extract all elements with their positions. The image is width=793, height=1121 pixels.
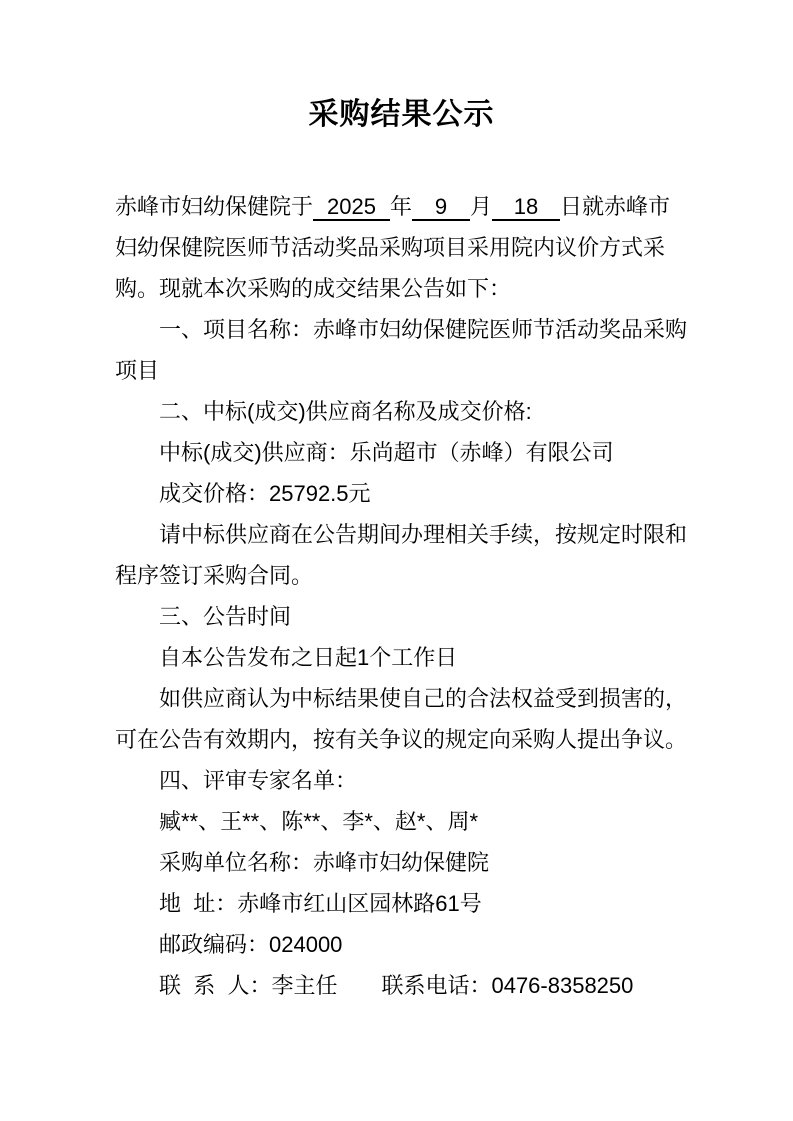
expert-names-text: 臧**、王**、陈**、李*、赵*、周* [159,809,478,834]
date-year-value: 2025 [313,195,390,221]
winner-heading-text: 二、中标(成交)供应商名称及成交价格: [159,399,532,424]
winning-supplier-paragraph: 中标(成交)供应商：乐尚超市（赤峰）有限公司 [115,432,688,473]
project-name-paragraph: 一、项目名称：赤峰市妇幼保健院医师节活动奖品采购项目 [115,309,688,391]
announcement-time-heading-text: 三、公告时间 [159,604,291,629]
document-title: 采购结果公示 [115,94,688,136]
expert-list-heading-text: 四、评审专家名单： [159,768,357,793]
intro-paragraph: 赤峰市妇幼保健院于2025年9月18日就赤峰市妇幼保健院医师节活动奖品采购项目采… [115,186,688,309]
purchaser-name-text: 采购单位名称：赤峰市妇幼保健院 [159,850,489,875]
deal-price-paragraph: 成交价格：25792.5元 [115,473,688,514]
announcement-time-heading-paragraph: 三、公告时间 [115,596,688,637]
date-month-value: 9 [412,195,470,221]
expert-list-heading-paragraph: 四、评审专家名单： [115,760,688,801]
contact-phone-text: 联系电话：0476-8358250 [381,973,633,998]
month-label: 月 [470,194,492,219]
intro-lead-text: 赤峰市妇幼保健院于 [115,194,313,219]
document-page: 采购结果公示 赤峰市妇幼保健院于2025年9月18日就赤峰市妇幼保健院医师节活动… [0,0,793,1121]
contact-person-text: 联 系 人：李主任 [159,973,337,998]
contract-notice-text: 请中标供应商在公告期间办理相关手续，按规定时限和程序签订采购合同。 [115,522,687,588]
contact-gap [337,973,381,998]
expert-names-paragraph: 臧**、王**、陈**、李*、赵*、周* [115,801,688,842]
winner-heading-paragraph: 二、中标(成交)供应商名称及成交价格: [115,391,688,432]
address-text: 地 址：赤峰市红山区园林路61号 [159,891,482,916]
document-body: 赤峰市妇幼保健院于2025年9月18日就赤峰市妇幼保健院医师节活动奖品采购项目采… [115,186,793,1006]
contract-notice-paragraph: 请中标供应商在公告期间办理相关手续，按规定时限和程序签订采购合同。 [115,514,688,596]
postal-code-text: 邮政编码：024000 [159,932,342,957]
project-name-text: 一、项目名称：赤峰市妇幼保健院医师节活动奖品采购项目 [115,317,687,383]
year-label: 年 [390,194,412,219]
winning-supplier-text: 中标(成交)供应商：乐尚超市（赤峰）有限公司 [159,440,614,465]
date-day-value: 18 [492,195,560,221]
announcement-duration-paragraph: 自本公告发布之日起1个工作日 [115,637,688,678]
contact-paragraph: 联 系 人：李主任 联系电话：0476-8358250 [115,965,688,1006]
deal-price-text: 成交价格：25792.5元 [159,481,371,506]
dispute-notice-text: 如供应商认为中标结果使自己的合法权益受到损害的，可在公告有效期内，按有关争议的规… [115,686,687,752]
address-paragraph: 地 址：赤峰市红山区园林路61号 [115,883,688,924]
postal-code-paragraph: 邮政编码：024000 [115,924,688,965]
dispute-notice-paragraph: 如供应商认为中标结果使自己的合法权益受到损害的，可在公告有效期内，按有关争议的规… [115,678,688,760]
announcement-duration-text: 自本公告发布之日起1个工作日 [159,645,457,670]
purchaser-name-paragraph: 采购单位名称：赤峰市妇幼保健院 [115,842,688,883]
